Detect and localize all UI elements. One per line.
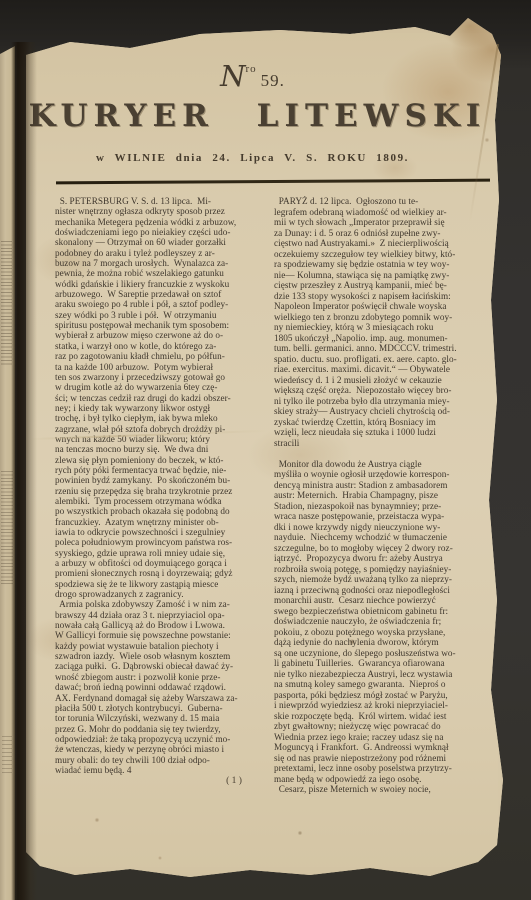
issue-number-value: 59. <box>261 71 285 90</box>
issue-number-initial: N <box>220 59 245 93</box>
header-rule <box>56 179 490 184</box>
left-column: S. PETERSBURG V. S. d. 13 lipca. Mi- nis… <box>55 196 273 775</box>
issue-number: Nro 59. <box>0 62 505 91</box>
issue-number-superscript: ro <box>245 63 256 75</box>
scan-background: Nro 59. KURYER LITEWSKI w WILNIE dnia 24… <box>0 0 531 900</box>
newspaper-title: KURYER LITEWSKI <box>0 97 515 135</box>
page-content: Nro 59. KURYER LITEWSKI w WILNIE dnia 24… <box>0 0 531 900</box>
right-column: PARYŻ d. 12 lipca. Ogłoszono tu te- legr… <box>274 196 492 795</box>
dateline: w WILNIE dnia 24. Lipca V. S. ROKU 1809. <box>0 152 505 164</box>
page-number: ( 1 ) <box>208 776 260 786</box>
